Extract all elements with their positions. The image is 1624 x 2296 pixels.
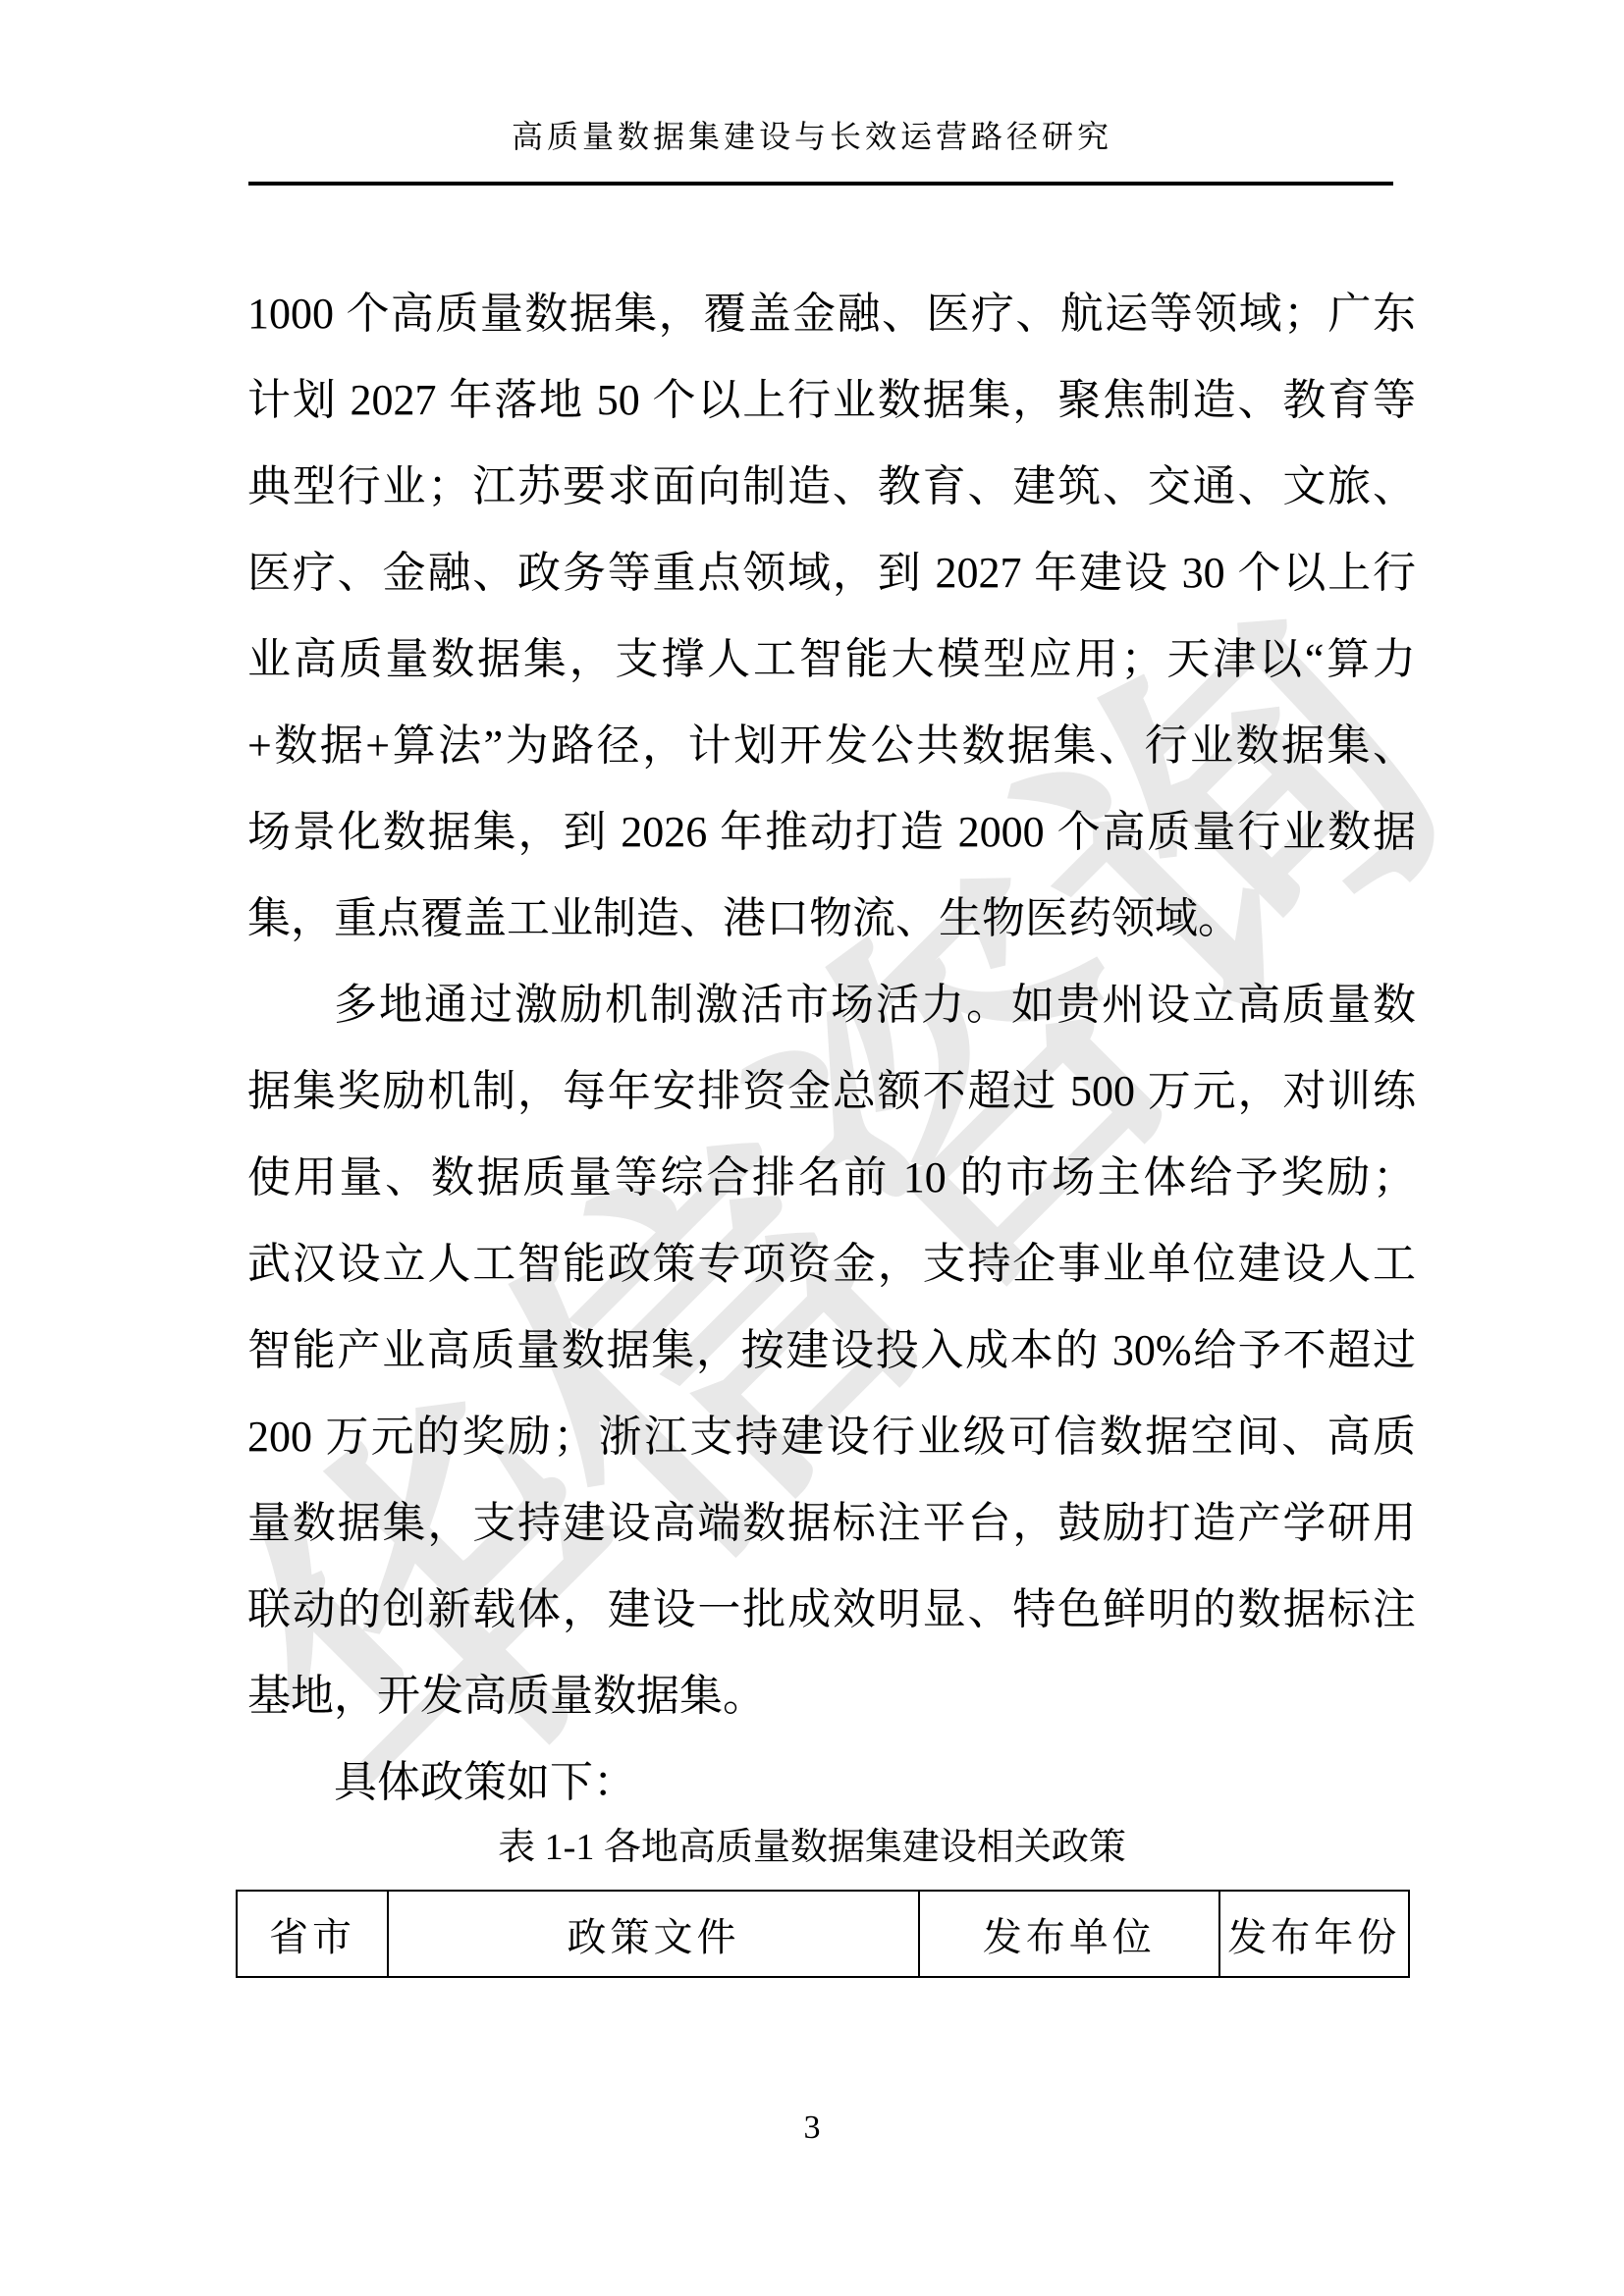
body-text: 1000 个高质量数据集，覆盖金融、医疗、航运等领域；广东 计划 2027 年落…	[247, 271, 1416, 1826]
header-rule	[248, 182, 1393, 186]
table-header-row: 省市 政策文件 发布单位 发布年份	[237, 1891, 1409, 1977]
body-line: 集，重点覆盖工业制造、港口物流、生物医药领域。	[247, 876, 1416, 962]
body-line: 武汉设立人工智能政策专项资金，支持企事业单位建设人工	[247, 1221, 1416, 1308]
body-line: 医疗、金融、政务等重点领域，到 2027 年建设 30 个以上行	[247, 530, 1416, 616]
body-line: 典型行业；江苏要求面向制造、教育、建筑、交通、文旅、	[247, 444, 1416, 530]
table-header-policy: 政策文件	[388, 1891, 919, 1977]
table-caption: 表 1-1 各地高质量数据集建设相关政策	[228, 1822, 1396, 1873]
body-line: 200 万元的奖励；浙江支持建设行业级可信数据空间、高质	[247, 1394, 1416, 1480]
body-line: 联动的创新载体，建设一批成效明显、特色鲜明的数据标注	[247, 1567, 1416, 1653]
table-header-issuer: 发布单位	[919, 1891, 1219, 1977]
body-line: 计划 2027 年落地 50 个以上行业数据集，聚焦制造、教育等	[247, 357, 1416, 444]
body-line: 多地通过激励机制激活市场活力。如贵州设立高质量数	[247, 962, 1416, 1048]
page-number: 3	[228, 2107, 1396, 2150]
policy-table: 省市 政策文件 发布单位 发布年份	[236, 1890, 1410, 1978]
body-line: 业高质量数据集，支撑人工智能大模型应用；天津以“算力	[247, 616, 1416, 703]
table-header-year: 发布年份	[1219, 1891, 1409, 1977]
document-page: 华信咨询 高质量数据集建设与长效运营路径研究 1000 个高质量数据集，覆盖金融…	[0, 0, 1624, 2296]
body-line: 场景化数据集，到 2026 年推动打造 2000 个高质量行业数据	[247, 789, 1416, 876]
table-header-province: 省市	[237, 1891, 388, 1977]
page-header-title: 高质量数据集建设与长效运营路径研究	[228, 116, 1396, 157]
body-line: 使用量、数据质量等综合排名前 10 的市场主体给予奖励；	[247, 1135, 1416, 1221]
body-line: 量数据集，支持建设高端数据标注平台，鼓励打造产学研用	[247, 1480, 1416, 1567]
body-line: 智能产业高质量数据集，按建设投入成本的 30%给予不超过	[247, 1308, 1416, 1394]
body-line: 基地，开发高质量数据集。	[247, 1653, 1416, 1739]
body-line: +数据+算法”为路径，计划开发公共数据集、行业数据集、	[247, 703, 1416, 789]
body-line: 具体政策如下：	[247, 1739, 1416, 1826]
body-line: 1000 个高质量数据集，覆盖金融、医疗、航运等领域；广东	[247, 271, 1416, 357]
body-line: 据集奖励机制，每年安排资金总额不超过 500 万元，对训练	[247, 1048, 1416, 1135]
